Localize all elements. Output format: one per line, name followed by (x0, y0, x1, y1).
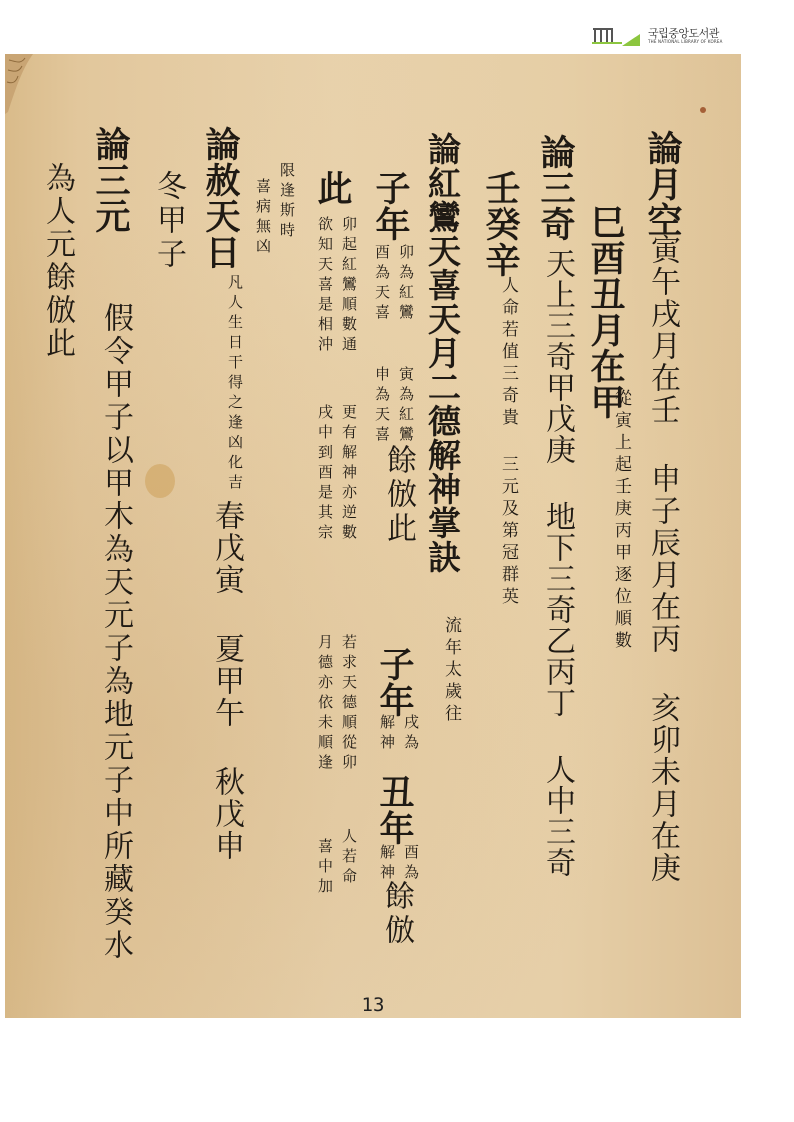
text-yuekong-rule: 寅午戌月在壬 申子辰月在丙 亥卯未月在庚 (647, 234, 677, 884)
note-verse-l3: 月德亦依未順逢 (317, 634, 332, 774)
paper-curl-decoration (5, 54, 35, 114)
heading-lun-sanqi: 論三奇 (538, 134, 573, 242)
text-rengui-xin: 壬癸辛 (483, 170, 518, 278)
heading-lun-sanyuan: 論三元 (93, 126, 128, 234)
note-xi-bing: 喜病無凶 (255, 178, 270, 258)
note-shen-tianxi: 申為天喜 (374, 366, 389, 446)
note-xu-wei: 戌為 (403, 714, 418, 754)
note-verse-l4: 喜中加 (317, 838, 332, 898)
note-jieshen-2: 解神 (379, 844, 394, 884)
logo-english-text: THE NATIONAL LIBRARY OF KOREA (648, 39, 723, 44)
note-verse-l2: 戌中到酉是其宗 (317, 404, 332, 544)
note-verse-r3: 若求天德順從卯 (341, 634, 356, 774)
text-sanyuan-rule: 假令甲子以甲木為天元子為地元子中所藏癸水 (100, 302, 130, 962)
note-yin-hongluan: 寅為紅鸞 (398, 366, 413, 446)
note-jieshen-1: 解神 (379, 714, 394, 754)
note-verse-l1: 欲知天喜是相沖 (317, 216, 332, 356)
text-yufang-2: 餘倣 (381, 880, 411, 948)
text-sanqi-rule: 天上三奇甲戊庚 地下三奇乙丙丁 人中三奇 (542, 248, 572, 878)
note-verse-r1: 卯起紅鸞順數通 (341, 216, 356, 356)
library-logo: 국립중앙도서관 THE NATIONAL LIBRARY OF KOREA (592, 24, 732, 50)
text-chounian: 丑年 (377, 774, 412, 846)
text-ci: 此 (315, 170, 350, 206)
text-zinian-2: 子年 (377, 646, 412, 718)
note-sanqi-verse: 人命若值三奇貴 三元及第冠群英 (499, 276, 516, 609)
text-yufangci-1: 餘倣此 (383, 444, 413, 546)
note-mao-hongluan: 卯為紅鸞 (398, 244, 413, 324)
text-siyouchou: 巳酉丑月在甲 (588, 204, 623, 420)
stain-spot (145, 464, 175, 498)
heading-hongluan-tianxi: 論紅鸞天喜天月二德解神掌訣 (426, 132, 459, 574)
note-verse-r2: 更有解神亦逆數 (341, 404, 356, 544)
stain-spot (700, 107, 706, 113)
note-fanren-shengri: 凡人生日干得之逢凶化吉 (227, 274, 242, 494)
note-verse-r4: 人若命 (341, 828, 356, 888)
text-renyuan: 為人元餘倣此 (42, 162, 72, 360)
note-from-yin: 從寅上起壬庚丙甲逐位順數 (612, 389, 629, 653)
heading-lun-yuekong: 論月空 (645, 130, 680, 238)
page-number: 13 (5, 994, 741, 1016)
note-you-tianxi: 酉為天喜 (374, 244, 389, 324)
library-building-icon (592, 26, 640, 46)
text-zinian: 子年 (373, 170, 408, 242)
heading-lun-shetianri: 論赦天日 (203, 126, 238, 270)
note-you-wei: 酉為 (403, 844, 418, 884)
note-xian-feng: 限逢斯時 (279, 162, 294, 242)
text-seasons: 春戊寅 夏甲午 秋戊申 (211, 500, 241, 862)
note-liunian-taisui: 流年太歲往 (442, 616, 459, 726)
text-dong-jiazi: 冬甲子 (153, 170, 183, 272)
manuscript-page: 論月空 寅午戌月在壬 申子辰月在丙 亥卯未月在庚 巳酉丑月在甲 從寅上起壬庚丙甲… (5, 54, 741, 1018)
